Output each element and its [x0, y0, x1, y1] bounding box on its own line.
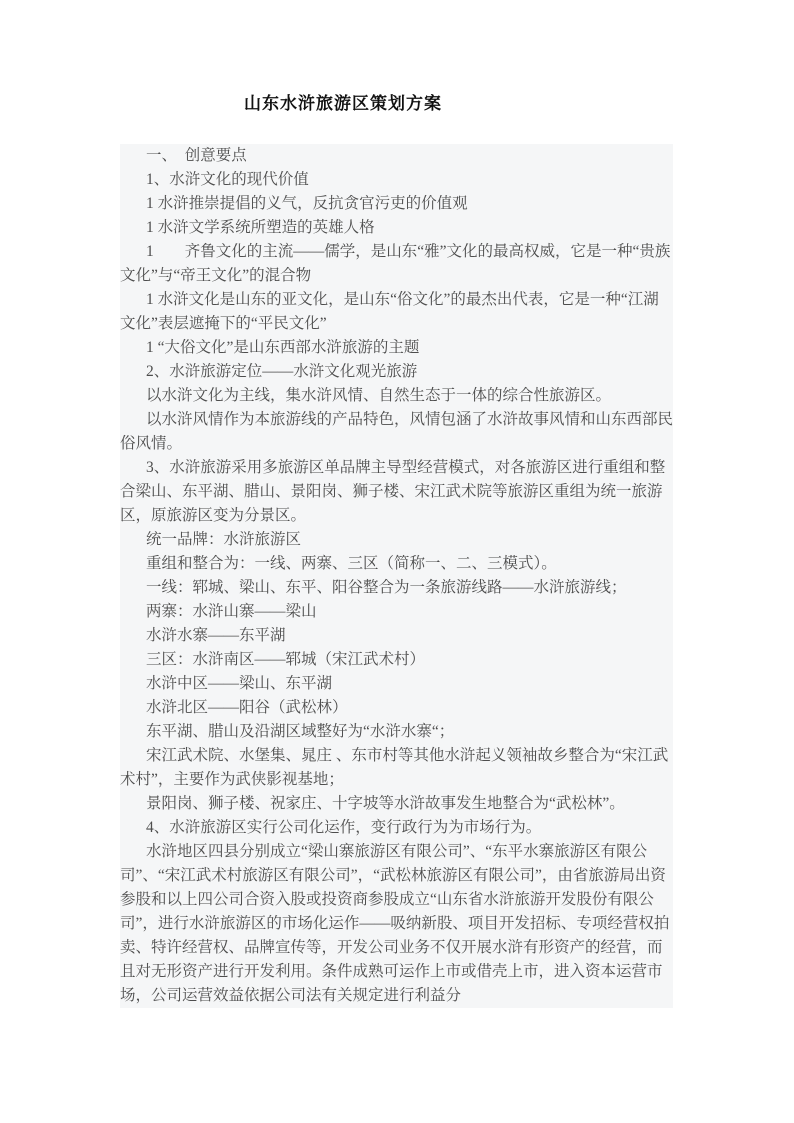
document-page: 山东水浒旅游区策划方案 一、 创意要点1、水浒文化的现代价值1 水浒推崇提倡的义…: [0, 0, 794, 1123]
paragraph: 水浒北区——阳谷（武松林）: [120, 696, 673, 720]
paragraph: 3、水浒旅游采用多旅游区单品牌主导型经营模式，对各旅游区进行重组和整合梁山、东平…: [120, 456, 673, 528]
paragraph: 1、水浒文化的现代价值: [120, 168, 673, 192]
paragraph: 一、 创意要点: [120, 144, 673, 168]
paragraph: 水浒水寨——东平湖: [120, 624, 673, 648]
paragraph: 1 “大俗文化”是山东西部水浒旅游的主题: [120, 336, 673, 360]
paragraph: 两寨：水浒山寨——梁山: [120, 600, 673, 624]
paragraph: 景阳岗、狮子楼、祝家庄、十字坡等水浒故事发生地整合为“武松林”。: [120, 792, 673, 816]
paragraph: 东平湖、腊山及沿湖区域整好为“水浒水寨“；: [120, 720, 673, 744]
paragraph: 1 水浒文学系统所塑造的英雄人格: [120, 216, 673, 240]
paragraph: 1 水浒推崇提倡的义气，反抗贪官污吏的价值观: [120, 192, 673, 216]
document-title: 山东水浒旅游区策划方案: [0, 93, 686, 115]
paragraph: 一线：郓城、梁山、东平、阳谷整合为一条旅游线路——水浒旅游线；: [120, 576, 673, 600]
content-block: 一、 创意要点1、水浒文化的现代价值1 水浒推崇提倡的义气，反抗贪官污吏的价值观…: [120, 144, 673, 1008]
paragraph: 宋江武术院、水堡集、晁庄 、东市村等其他水浒起义领袖故乡整合为“宋江武术村”，主…: [120, 744, 673, 792]
paragraph: 统一品牌：水浒旅游区: [120, 528, 673, 552]
paragraph: 以水浒风情作为本旅游线的产品特色，风情包涵了水浒故事风情和山东西部民俗风情。: [120, 408, 673, 456]
paragraph: 2、水浒旅游定位——水浒文化观光旅游: [120, 360, 673, 384]
paragraph: 重组和整合为：一线、两寨、三区（简称一、二、三模式）。: [120, 552, 673, 576]
paragraph: 4、水浒旅游区实行公司化运作，变行政行为为市场行为。: [120, 816, 673, 840]
paragraph: 1 齐鲁文化的主流——儒学，是山东“雅”文化的最高权威，它是一种“贵族文化”与“…: [120, 240, 673, 288]
paragraph: 以水浒文化为主线，集水浒风情、自然生态于一体的综合性旅游区。: [120, 384, 673, 408]
paragraph: 水浒中区——梁山、东平湖: [120, 672, 673, 696]
paragraph: 1 水浒文化是山东的亚文化，是山东“俗文化”的最杰出代表，它是一种“江湖文化”表…: [120, 288, 673, 336]
paragraph: 三区：水浒南区——郓城（宋江武术村）: [120, 648, 673, 672]
paragraph: 水浒地区四县分别成立“梁山寨旅游区有限公司”、“东平水寨旅游区有限公司”、“宋江…: [120, 840, 673, 1008]
